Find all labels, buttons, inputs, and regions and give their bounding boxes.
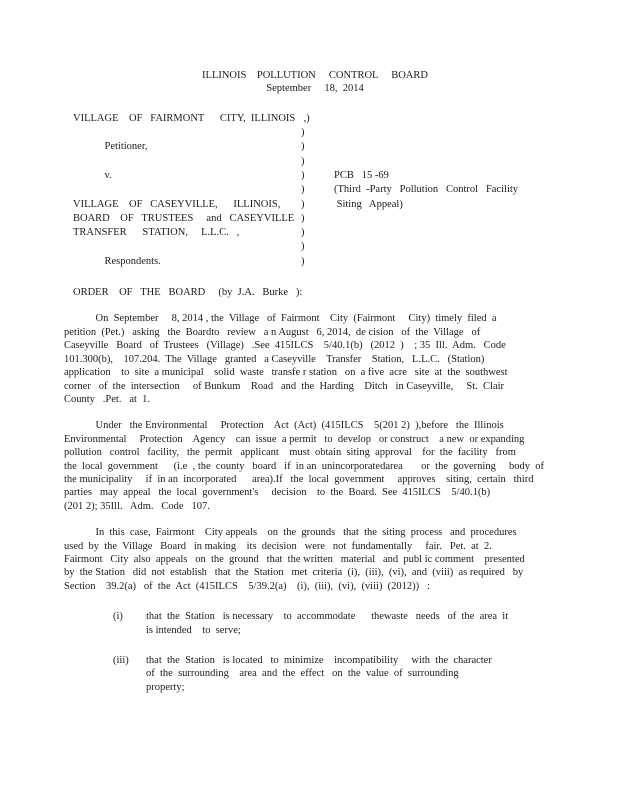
caption-row: ): [73, 126, 566, 140]
caption-left-text: TRANSFER STATION, L.L.C. ,: [73, 226, 239, 239]
criterion-marker: (i): [113, 610, 146, 637]
caption-paren: ): [301, 169, 305, 182]
caption-left-text: Respondents.: [73, 255, 161, 268]
criterion-text: that the Station is necessary to accommo…: [146, 610, 508, 637]
caption-paren: ): [301, 126, 305, 139]
order-heading: ORDER OF THE BOARD (by J.A. Burke ):: [73, 286, 566, 299]
caption-row-respondents-label: Respondents. ): [73, 255, 566, 269]
document-header: ILLINOIS POLLUTION CONTROL BOARD Septemb…: [64, 69, 566, 96]
caption-row: VILLAGE OF FAIRMONT CITY, ILLINOIS ,): [73, 112, 566, 126]
caption-paren: ,): [301, 112, 310, 125]
caption-left-text: VILLAGE OF CASEYVILLE, ILLINOIS,: [73, 198, 280, 211]
caption-row-respondent-name: VILLAGE OF CASEYVILLE, ILLINOIS, ) Sitin…: [73, 198, 566, 212]
paragraph-act-background: Under the Environmental Protection Act (…: [64, 419, 566, 513]
caption-left-text: VILLAGE OF FAIRMONT CITY, ILLINOIS: [73, 112, 295, 125]
criterion-text: that the Station is located to minimize …: [146, 654, 492, 694]
case-type-text: Siting Appeal): [334, 198, 403, 211]
docket-number: PCB 15 -69: [334, 169, 389, 182]
caption-paren: ): [301, 212, 305, 225]
paragraph-filing: On September 8, 2014 , the Village of Fa…: [64, 312, 566, 406]
caption-left-text: BOARD OF TRUSTEES and CASEYVILLE: [73, 212, 294, 225]
caption-row-respondent-name: BOARD OF TRUSTEES and CASEYVILLE ): [73, 212, 566, 226]
caption-paren: ): [301, 155, 305, 168]
caption-row-respondent-name: TRANSFER STATION, L.L.C. , ): [73, 226, 566, 240]
caption-paren: ): [301, 240, 305, 253]
order-date: September 18, 2014: [64, 82, 566, 95]
caption-row: ) (Third -Party Pollution Control Facili…: [73, 183, 566, 197]
caption-row-petitioner: Petitioner, ): [73, 140, 566, 154]
criterion-item-i: (i) that the Station is necessary to acc…: [113, 610, 566, 637]
caption-left-text: Petitioner,: [73, 140, 148, 153]
criterion-item-iii: (iii) that the Station is located to min…: [113, 654, 566, 694]
caption-row: ): [73, 155, 566, 169]
caption-paren: ): [301, 198, 305, 211]
caption-left-text: v.: [73, 169, 112, 182]
caption-row-versus: v. ) PCB 15 -69: [73, 169, 566, 183]
document-page: ILLINOIS POLLUTION CONTROL BOARD Septemb…: [0, 0, 618, 800]
caption-paren: ): [301, 226, 305, 239]
case-type-text: (Third -Party Pollution Control Facility: [334, 183, 518, 196]
board-title: ILLINOIS POLLUTION CONTROL BOARD: [64, 69, 566, 82]
case-caption: VILLAGE OF FAIRMONT CITY, ILLINOIS ,) ) …: [73, 112, 566, 269]
criterion-marker: (iii): [113, 654, 146, 694]
caption-paren: ): [301, 140, 305, 153]
caption-paren: ): [301, 183, 305, 196]
caption-row: ): [73, 240, 566, 254]
caption-paren: ): [301, 255, 305, 268]
paragraph-appeal-grounds: In this case, Fairmont City appeals on t…: [64, 526, 566, 593]
